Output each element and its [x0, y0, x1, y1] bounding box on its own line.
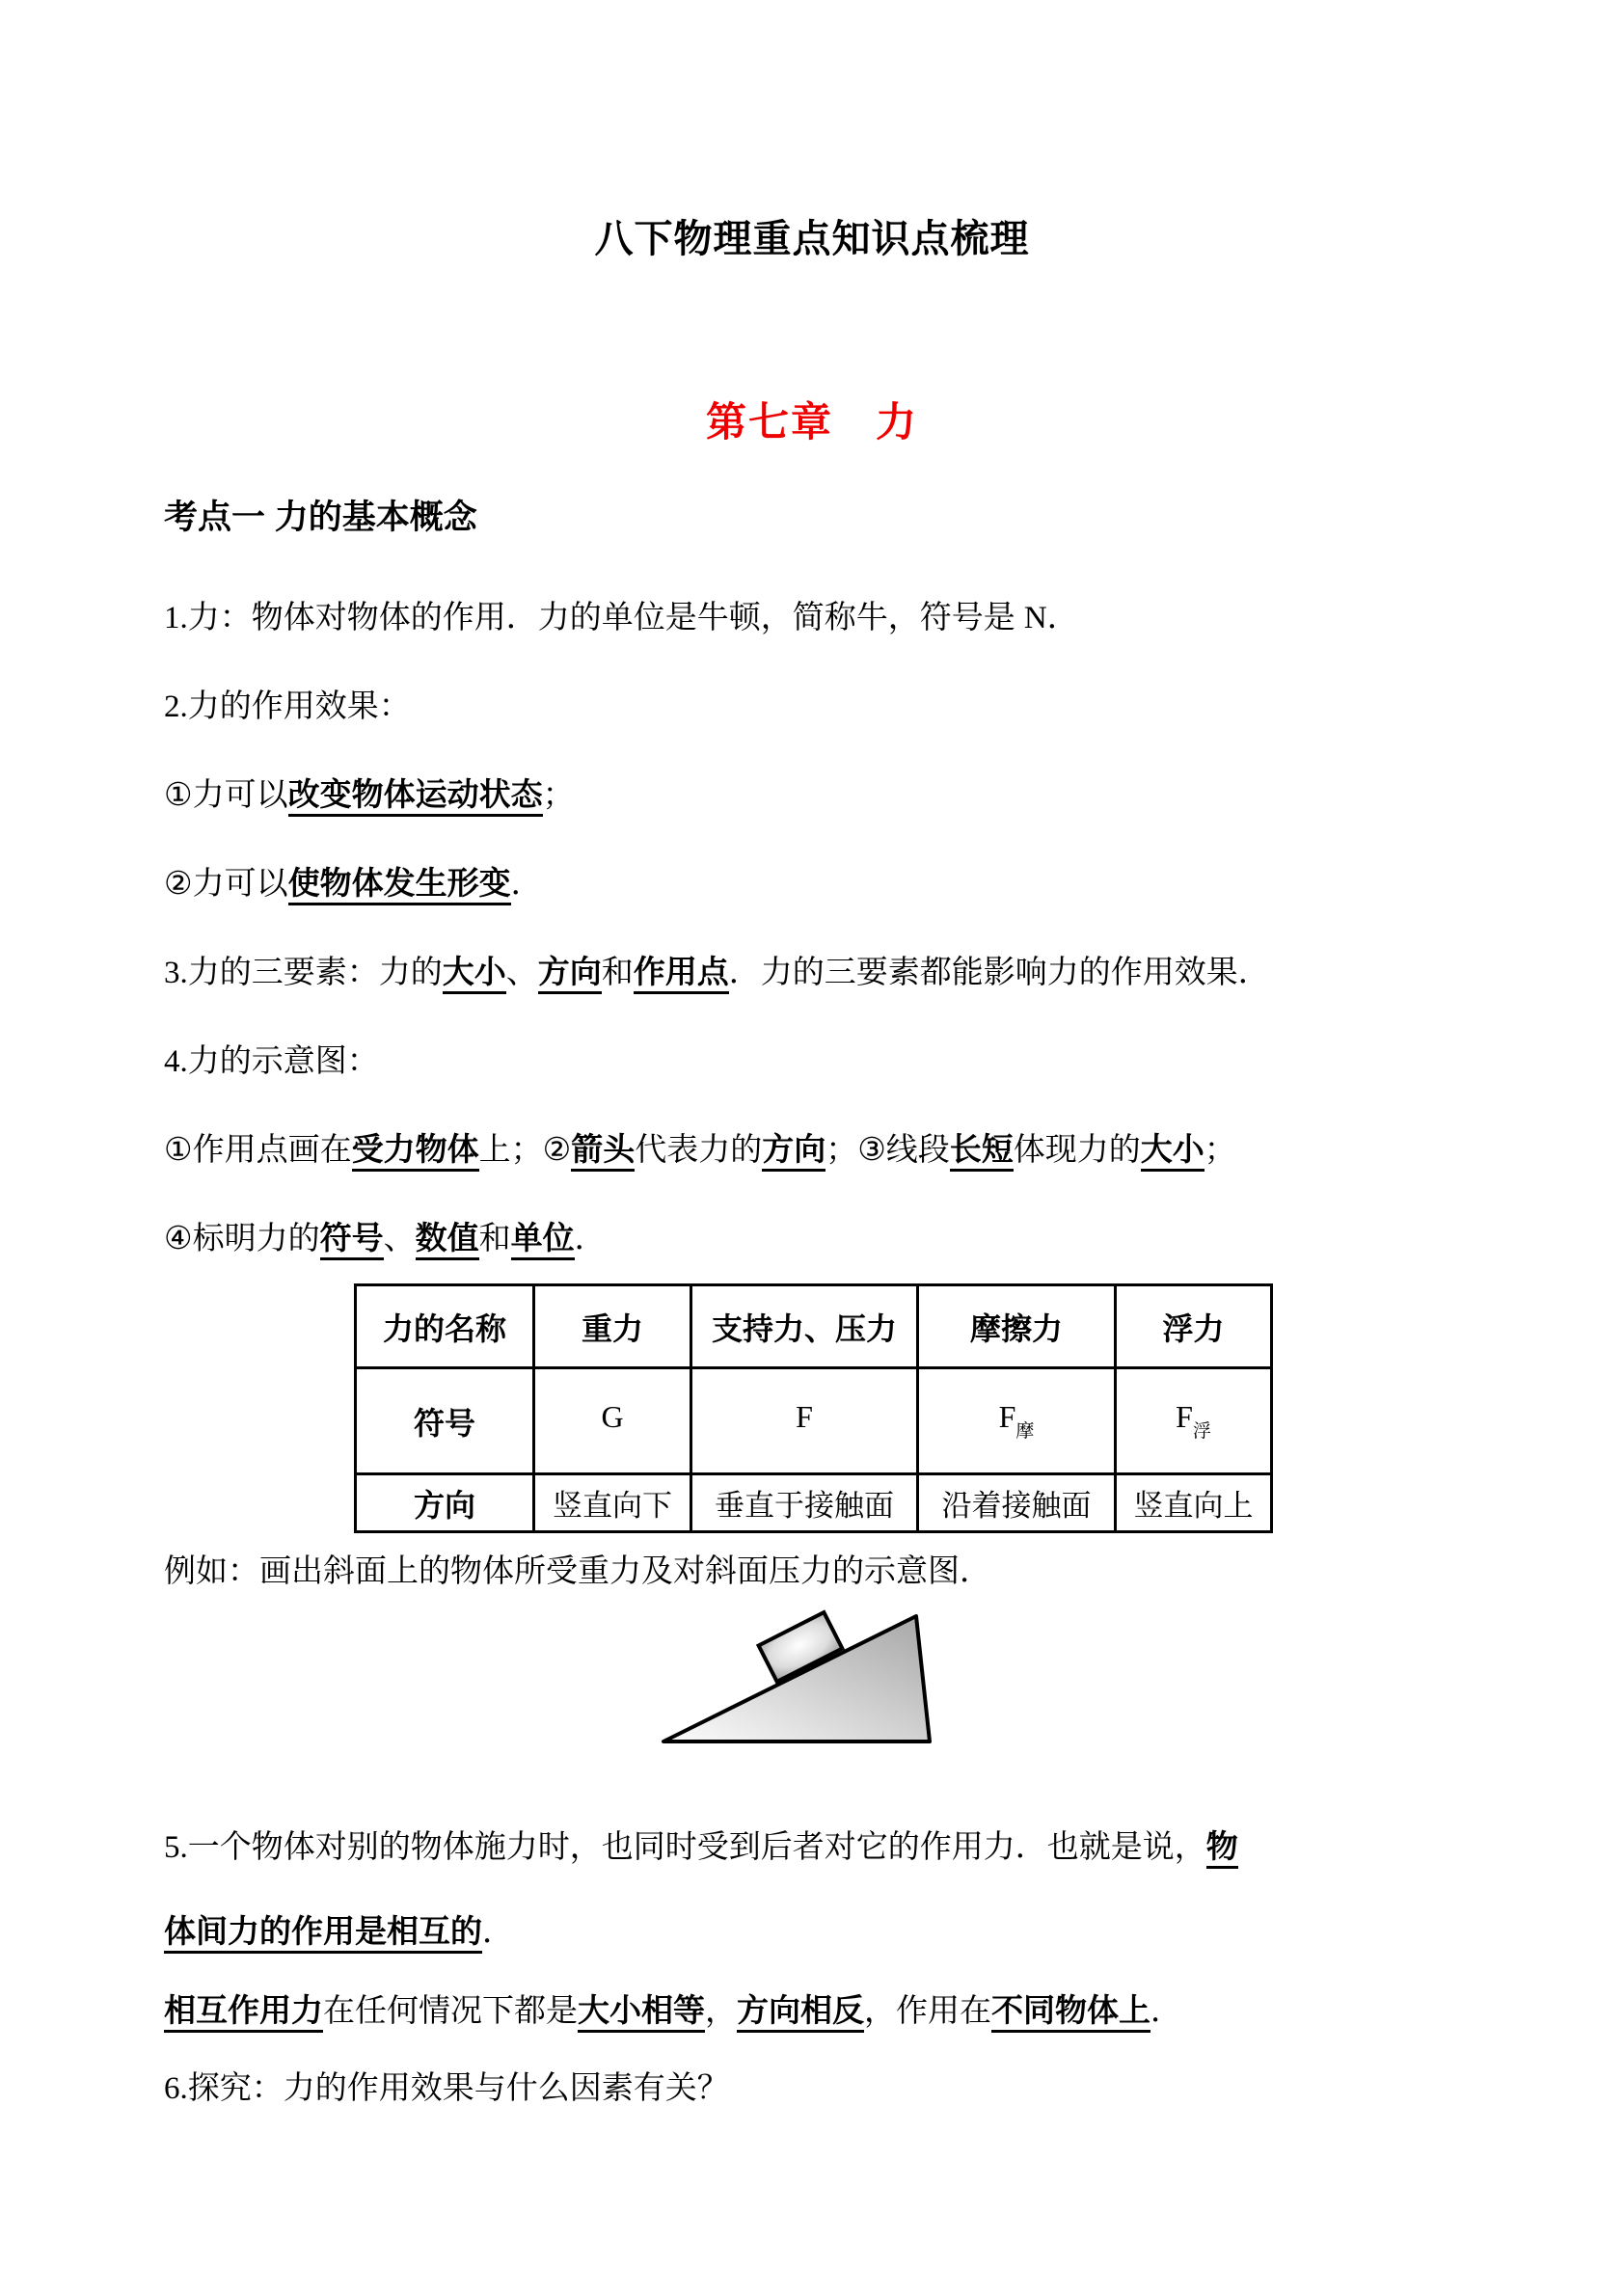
force-table: 力的名称 重力 支持力、压力 摩擦力 浮力 符号 G F F摩 F浮 方向 竖直… [354, 1283, 1273, 1533]
force-table-symbol-row: 符号 G F F摩 F浮 [356, 1368, 1272, 1474]
document-body: 1.力：物体对物体的作用．力的单位是牛顿，简称牛，符号是 N． 2.力的作用效果… [164, 597, 1479, 2108]
symbol-buoyancy: F浮 [1116, 1368, 1272, 1474]
knowledge-point-2: 2.力的作用效果： [164, 686, 1479, 726]
header-buoyancy: 浮力 [1116, 1285, 1272, 1368]
symbol-support: F [691, 1368, 918, 1474]
force-table-direction-row: 方向 竖直向下 垂直于接触面 沿着接触面 竖直向上 [356, 1474, 1272, 1532]
header-friction: 摩擦力 [918, 1285, 1116, 1368]
effect-item-1: ①力可以改变物体运动状态； [164, 774, 1479, 815]
force-table-header-row: 力的名称 重力 支持力、压力 摩擦力 浮力 [356, 1285, 1272, 1368]
direction-buoyancy: 竖直向上 [1116, 1474, 1272, 1532]
chapter-heading: 第七章 力 [0, 391, 1624, 448]
document-title: 八下物理重点知识点梳理 [0, 0, 1624, 263]
knowledge-point-1: 1.力：物体对物体的作用．力的单位是牛顿，简称牛，符号是 N． [164, 597, 1479, 637]
symbol-friction: F摩 [918, 1368, 1116, 1474]
knowledge-point-4: 4.力的示意图： [164, 1040, 1479, 1081]
knowledge-point-6: 6.探究：力的作用效果与什么因素有关？ [164, 2067, 1479, 2108]
direction-friction: 沿着接触面 [918, 1474, 1116, 1532]
section-heading: 考点一 力的基本概念 [164, 491, 1624, 539]
knowledge-point-5-line-2: 体间力的作用是相互的． [164, 1911, 1479, 1952]
incline-block-figure [658, 1605, 937, 1747]
direction-support: 垂直于接触面 [691, 1474, 918, 1532]
effect-item-2: ②力可以使物体发生形变． [164, 863, 1479, 904]
document-page: 八下物理重点知识点梳理 第七章 力 考点一 力的基本概念 1.力：物体对物体的作… [0, 0, 1624, 2295]
knowledge-point-3: 3.力的三要素：力的大小、方向和作用点．力的三要素都能影响力的作用效果． [164, 952, 1479, 992]
symbol-gravity: G [534, 1368, 691, 1474]
diagram-rule-items-1-3: ①作用点画在受力物体上；②箭头代表力的方向；③线段长短体现力的大小； [164, 1129, 1479, 1170]
header-force-name: 力的名称 [356, 1285, 534, 1368]
block-on-inclined-plane-drawing [658, 1605, 937, 1747]
example-caption: 例如：画出斜面上的物体所受重力及对斜面压力的示意图． [164, 1551, 1479, 1591]
knowledge-point-5-line-1: 5.一个物体对别的物体施力时，也同时受到后者对它的作用力．也就是说，物 [164, 1826, 1479, 1867]
header-gravity: 重力 [534, 1285, 691, 1368]
interaction-force-note: 相互作用力在任何情况下都是大小相等，方向相反，作用在不同物体上． [164, 1990, 1479, 2031]
diagram-rule-item-4: ④标明力的符号、数值和单位． [164, 1218, 1479, 1258]
symbol-row-label: 符号 [356, 1368, 534, 1474]
header-support-pressure: 支持力、压力 [691, 1285, 918, 1368]
direction-gravity: 竖直向下 [534, 1474, 691, 1532]
direction-row-label: 方向 [356, 1474, 534, 1532]
